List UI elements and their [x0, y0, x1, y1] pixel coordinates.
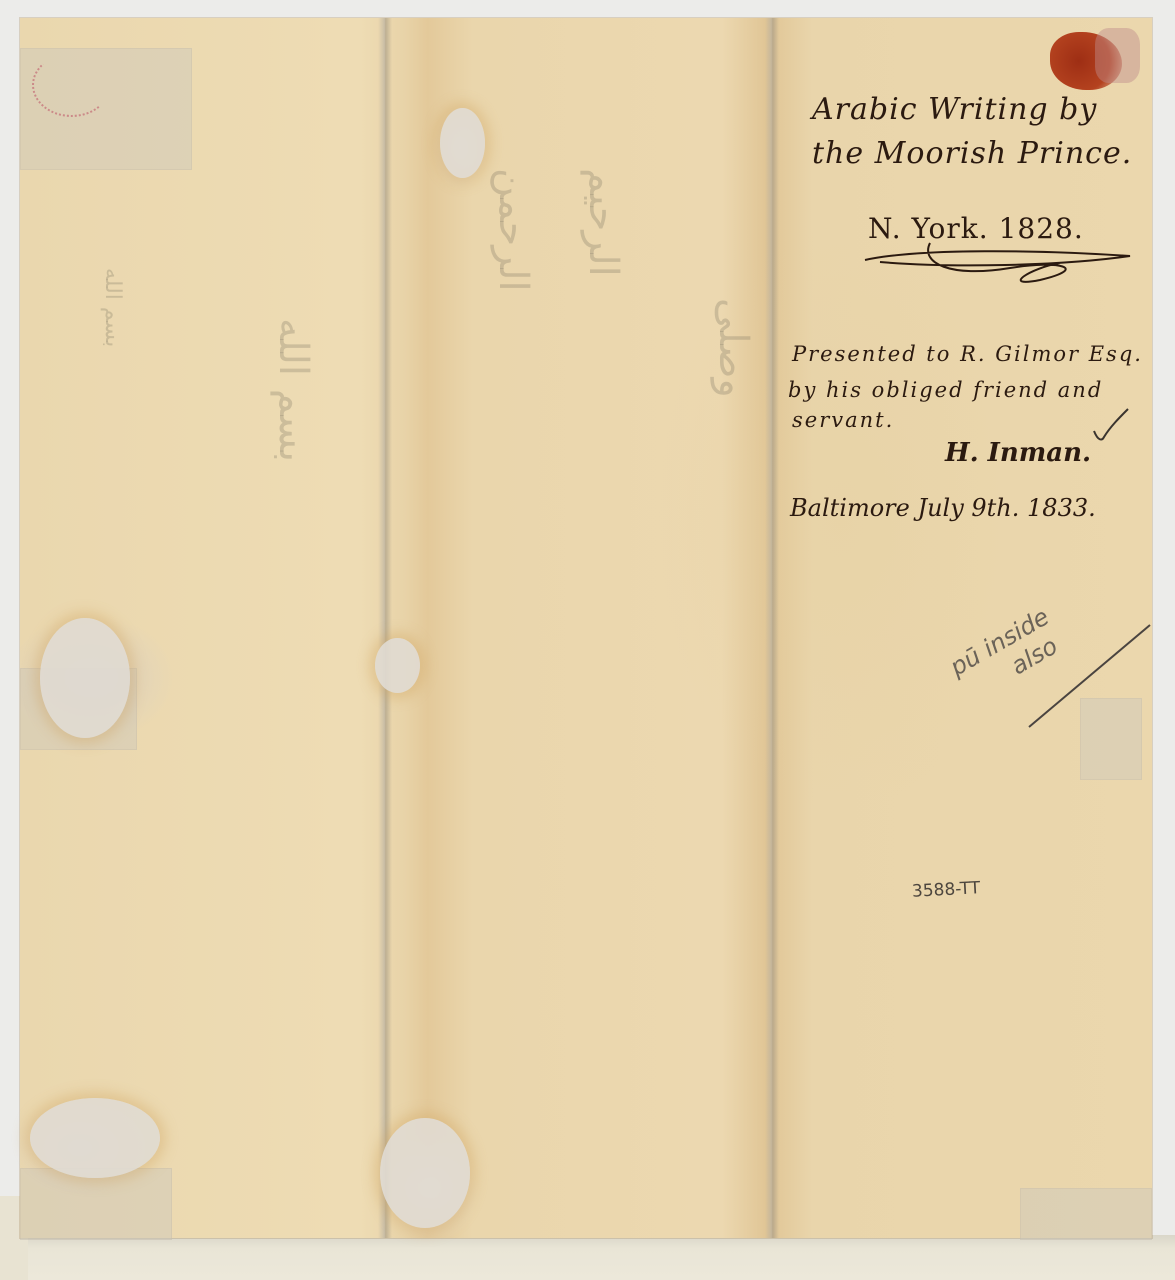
wax-seal-shadow [1095, 28, 1140, 83]
red-stamp-mark [32, 53, 111, 117]
bleed-through-english: بسم الله [100, 268, 125, 768]
title-line-1: Arabic Writing by [812, 92, 1097, 127]
manuscript-sheet: بسم الله الرحمن الرحيم وصلى بسم الله [20, 18, 1152, 1238]
water-stain [30, 1098, 160, 1178]
closing-place-date: Baltimore July 9th. 1833. [790, 494, 1096, 522]
hinge-patch-bottom-left [20, 1168, 172, 1240]
pencil-slash-mark-icon [1025, 615, 1155, 735]
water-stain [440, 108, 485, 178]
water-stain [375, 638, 420, 693]
water-stain [380, 1118, 470, 1228]
bleed-through-arabic: وصلى [710, 298, 756, 898]
presentation-line-1: Presented to R. Gilmor Esq. [792, 342, 1143, 366]
signature: H. Inman. [945, 438, 1091, 468]
bleed-through-arabic: الرحيم [580, 168, 626, 868]
fold-line-right [765, 18, 779, 1238]
bleed-through-arabic: الرحمن [490, 168, 536, 868]
bleed-through-arabic: بسم الله [270, 318, 316, 918]
checkmark-icon [1090, 405, 1130, 445]
flourish-underline-icon [860, 238, 1140, 298]
catalog-number: 3588-TT [912, 878, 981, 902]
title-line-2: the Moorish Prince. [812, 136, 1132, 171]
fold-line-left [378, 18, 392, 1238]
mount-bottom-strip [0, 1235, 1175, 1280]
presentation-line-2: by his obliged friend and [788, 378, 1103, 402]
hinge-patch-bottom-right [1020, 1188, 1152, 1240]
presentation-line-3: servant. [792, 408, 894, 432]
